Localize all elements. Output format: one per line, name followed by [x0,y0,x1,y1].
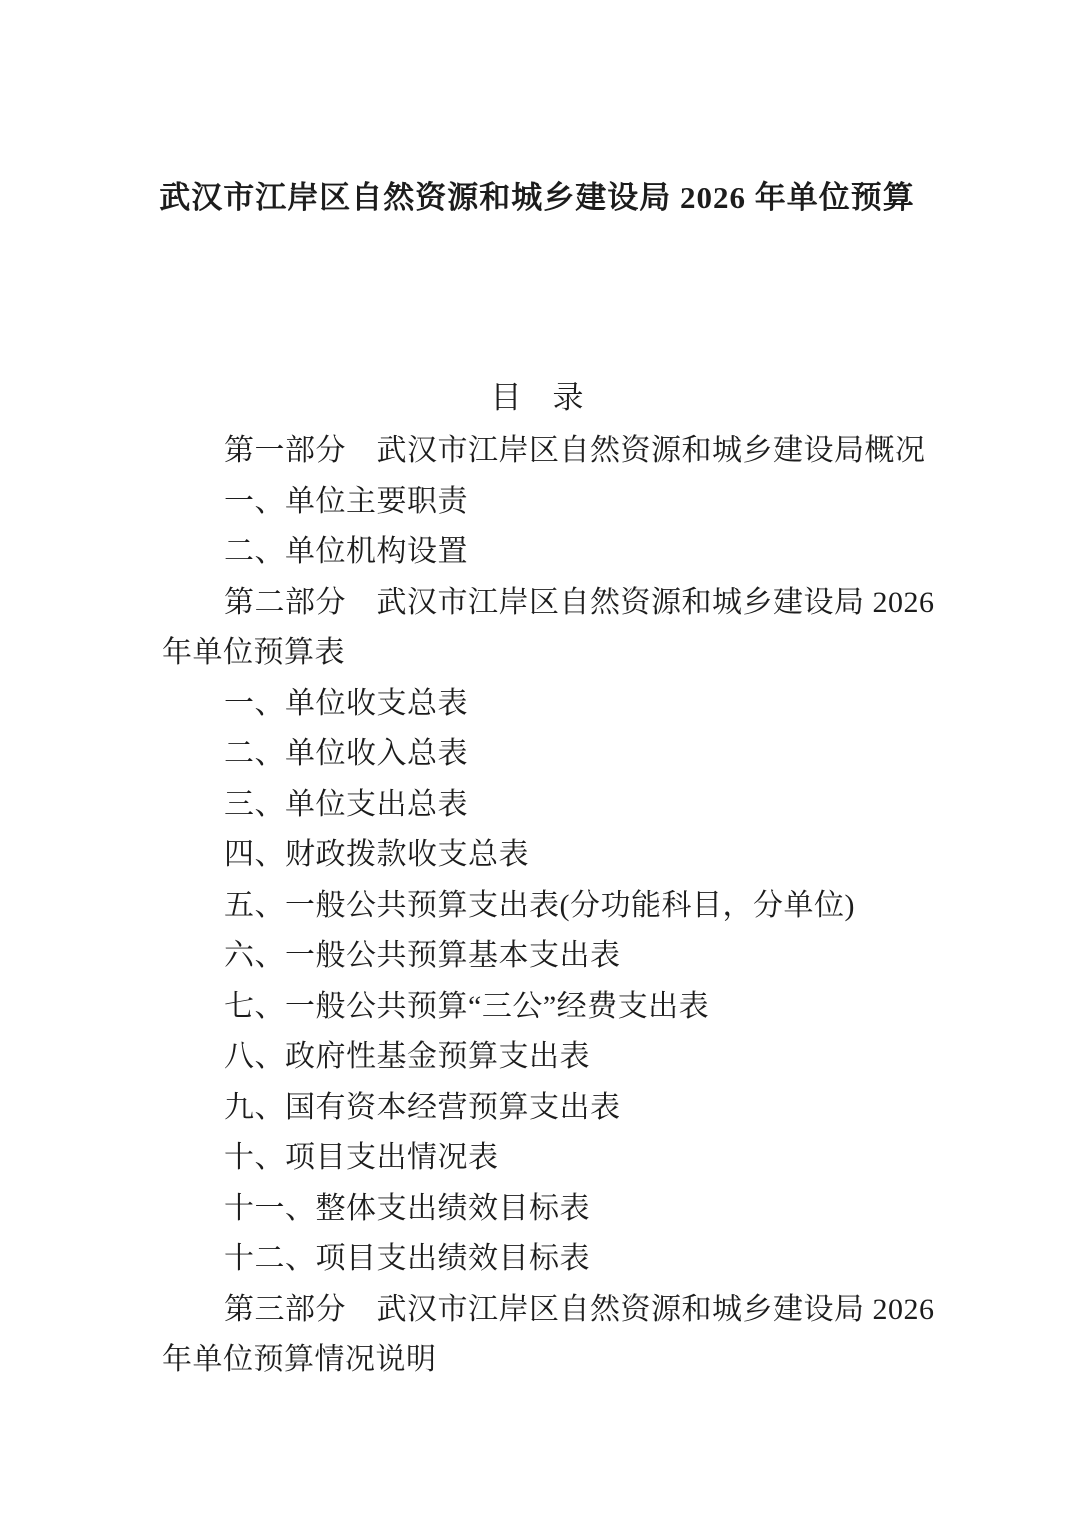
toc-line: 第二部分 武汉市江岸区自然资源和城乡建设局 2026 [162,578,924,629]
toc-line: 二、单位机构设置 [162,527,924,578]
toc-line-text: 七、一般公共预算“三公”经费支出表 [224,990,709,1023]
toc-line-text: 第三部分 武汉市江岸区自然资源和城乡建设局 2026 [224,1293,935,1326]
toc-line-text: 十二、项目支出绩效目标表 [224,1242,590,1275]
toc-line-text: 一、单位收支总表 [224,687,468,720]
toc-line-text: 十、项目支出情况表 [224,1141,499,1174]
toc-line: 年单位预算情况说明 [162,1335,924,1386]
toc-line-text: 五、一般公共预算支出表(分功能科目，分单位) [224,889,855,922]
toc-line: 九、国有资本经营预算支出表 [162,1083,924,1134]
toc-line-text: 十一、整体支出绩效目标表 [224,1192,590,1225]
toc-line-text: 九、国有资本经营预算支出表 [224,1091,621,1124]
toc-line-text: 三、单位支出总表 [224,788,468,821]
toc-heading: 目 录 [0,382,1074,414]
toc-line-text: 二、单位机构设置 [224,535,468,568]
toc-line-text: 年单位预算情况说明 [162,1343,437,1376]
toc-line: 十一、整体支出绩效目标表 [162,1184,924,1235]
toc-line: 二、单位收入总表 [162,729,924,780]
toc-line: 四、财政拨款收支总表 [162,830,924,881]
toc-line: 六、一般公共预算基本支出表 [162,931,924,982]
toc-line: 年单位预算表 [162,628,924,679]
toc-line: 第一部分 武汉市江岸区自然资源和城乡建设局概况 [162,426,924,477]
toc-line-text: 年单位预算表 [162,636,345,669]
toc-line-text: 第一部分 武汉市江岸区自然资源和城乡建设局概况 [224,434,926,467]
toc-line: 十、项目支出情况表 [162,1133,924,1184]
toc-line: 三、单位支出总表 [162,780,924,831]
toc-line-text: 六、一般公共预算基本支出表 [224,939,621,972]
toc-line: 七、一般公共预算“三公”经费支出表 [162,982,924,1033]
toc-line-text: 八、政府性基金预算支出表 [224,1040,590,1073]
toc-line-text: 一、单位主要职责 [224,485,468,518]
toc-line: 八、政府性基金预算支出表 [162,1032,924,1083]
document-page: 武汉市江岸区自然资源和城乡建设局 2026 年单位预算 目 录 第一部分 武汉市… [0,0,1074,1520]
document-title: 武汉市江岸区自然资源和城乡建设局 2026 年单位预算 [0,0,1074,214]
toc-list: 第一部分 武汉市江岸区自然资源和城乡建设局概况一、单位主要职责二、单位机构设置第… [162,426,924,1386]
toc-line-text: 四、财政拨款收支总表 [224,838,529,871]
toc-line: 第三部分 武汉市江岸区自然资源和城乡建设局 2026 [162,1285,924,1336]
toc-line-text: 二、单位收入总表 [224,737,468,770]
toc-line: 一、单位收支总表 [162,679,924,730]
toc-line-text: 第二部分 武汉市江岸区自然资源和城乡建设局 2026 [224,586,935,619]
toc-line: 五、一般公共预算支出表(分功能科目，分单位) [162,881,924,932]
toc-line: 十二、项目支出绩效目标表 [162,1234,924,1285]
toc-line: 一、单位主要职责 [162,477,924,528]
